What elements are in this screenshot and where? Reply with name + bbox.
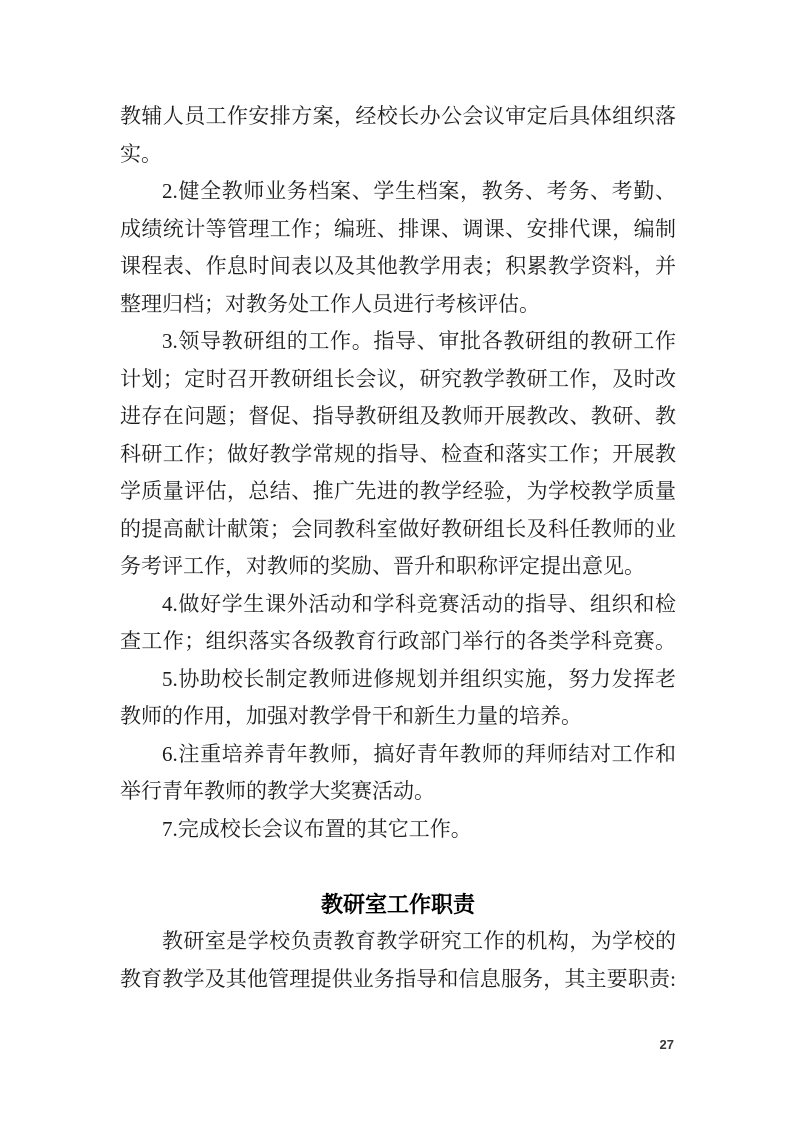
text-line: 进存在问题；督促、指导教研组及教师开展教改、教研、教 xyxy=(120,398,676,436)
text-line: 计划；定时召开教研组长会议，研究教学教研工作，及时改 xyxy=(120,361,676,399)
text-line: 教辅人员工作安排方案，经校长办公会议审定后具体组织落 xyxy=(120,98,676,136)
text-line: 举行青年教师的教学大奖赛活动。 xyxy=(120,773,676,811)
text-line: 的提高献计献策；会同教科室做好教研组长及科任教师的业 xyxy=(120,511,676,549)
text-line: 务考评工作，对教师的奖励、晋升和职称评定提出意见。 xyxy=(120,548,676,586)
text-line: 课程表、作息时间表以及其他教学用表；积累教学资料，并 xyxy=(120,248,676,286)
text-line: 4.做好学生课外活动和学科竞赛活动的指导、组织和检 xyxy=(120,586,676,624)
text-line: 教研室是学校负责教育教学研究工作的机构，为学校的 xyxy=(120,923,676,961)
text-line: 2.健全教师业务档案、学生档案，教务、考务、考勤、 xyxy=(120,173,676,211)
page-footer: 27 xyxy=(120,1036,674,1054)
text-line: 7.完成校长会议布置的其它工作。 xyxy=(120,811,676,849)
text-line: 5.协助校长制定教师进修规划并组织实施，努力发挥老 xyxy=(120,661,676,699)
page-number: 27 xyxy=(660,1037,674,1052)
text-line: 6.注重培养青年教师，搞好青年教师的拜师结对工作和 xyxy=(120,736,676,774)
document-page: 教辅人员工作安排方案，经校长办公会议审定后具体组织落实。2.健全教师业务档案、学… xyxy=(0,0,793,1122)
blank-line xyxy=(120,848,676,886)
document-body: 教辅人员工作安排方案，经校长办公会议审定后具体组织落实。2.健全教师业务档案、学… xyxy=(120,98,676,998)
text-line: 实。 xyxy=(120,136,676,174)
text-line: 科研工作；做好教学常规的指导、检查和落实工作；开展教 xyxy=(120,436,676,474)
text-line: 教师的作用，加强对教学骨干和新生力量的培养。 xyxy=(120,698,676,736)
section-heading: 教研室工作职责 xyxy=(120,886,676,924)
text-line: 成绩统计等管理工作；编班、排课、调课、安排代课，编制 xyxy=(120,211,676,249)
text-line: 教育教学及其他管理提供业务指导和信息服务，其主要职责: xyxy=(120,961,676,999)
text-line: 3.领导教研组的工作。指导、审批各教研组的教研工作 xyxy=(120,323,676,361)
text-line: 学质量评估，总结、推广先进的教学经验，为学校教学质量 xyxy=(120,473,676,511)
text-line: 整理归档；对教务处工作人员进行考核评估。 xyxy=(120,286,676,324)
text-line: 查工作；组织落实各级教育行政部门举行的各类学科竞赛。 xyxy=(120,623,676,661)
